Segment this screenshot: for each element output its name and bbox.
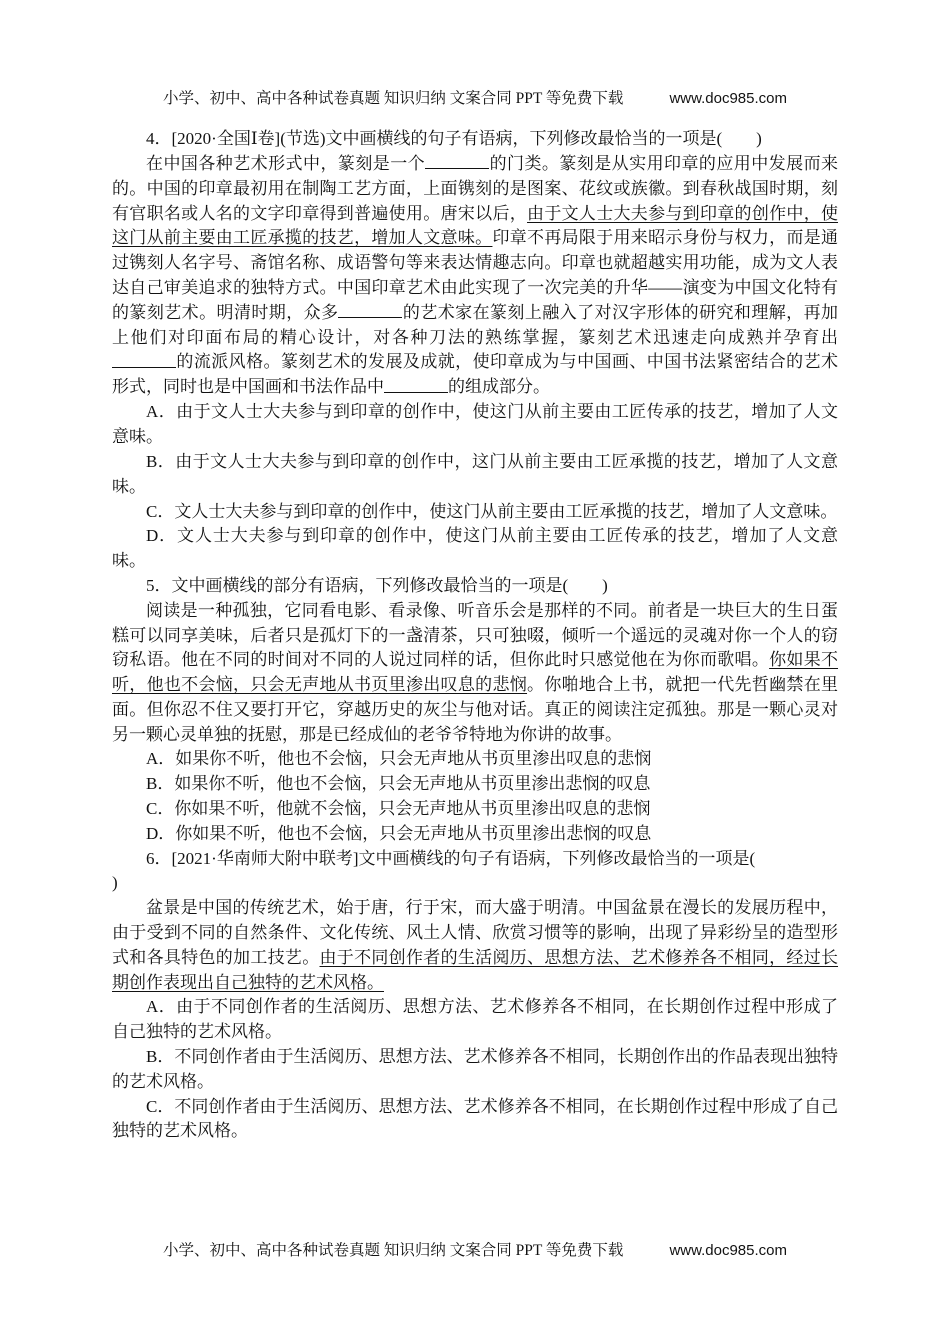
page-footer: 小学、初中、高中各种试卷真题 知识归纳 文案合同 PPT 等免费下载 www.d… (0, 1238, 950, 1260)
blank-line (112, 350, 176, 367)
question-block: 4．[2020·全国Ⅰ卷](节选)文中画横线的句子有语病，下列修改最恰当的一项是… (112, 127, 838, 574)
footer-promo-text: 小学、初中、高中各种试卷真题 知识归纳 文案合同 PPT 等免费下载 (163, 1238, 623, 1260)
question-stem: 6．[2021·华南师大附中联考]文中画横线的句子有语病，下列修改最恰当的一项是… (112, 847, 838, 872)
question-stem: 5．文中画横线的部分有语病，下列修改最恰当的一项是( ) (112, 574, 838, 599)
footer-url-link[interactable]: www.doc985.com (669, 1242, 787, 1259)
question-passage: 阅读是一种孤独，它同看电影、看录像、听音乐会是那样的不同。前者是一块巨大的生日蛋… (112, 599, 838, 748)
answer-option: C．你如果不听，他就不会恼，只会无声地从书页里渗出叹息的悲悯 (112, 797, 838, 822)
question-block: 5．文中画横线的部分有语病，下列修改最恰当的一项是( )阅读是一种孤独，它同看电… (112, 574, 838, 847)
header-url-link[interactable]: www.doc985.com (669, 90, 787, 107)
questions-area: 4．[2020·全国Ⅰ卷](节选)文中画横线的句子有语病，下列修改最恰当的一项是… (112, 127, 838, 1144)
answer-option: A．由于文人士大夫参与到印章的创作中，使这门从前主要由工匠传承的技艺，增加了人文… (112, 400, 838, 450)
passage-text: 在中国各种艺术形式中，篆刻是一个 (146, 154, 425, 173)
question-block: 6．[2021·华南师大附中联考]文中画横线的句子有语病，下列修改最恰当的一项是… (112, 847, 838, 1145)
blank-line (425, 152, 489, 169)
page-header: 小学、初中、高中各种试卷真题 知识归纳 文案合同 PPT 等免费下载 www.d… (0, 86, 950, 108)
question-stem: 4．[2020·全国Ⅰ卷](节选)文中画横线的句子有语病，下列修改最恰当的一项是… (112, 127, 838, 152)
answer-option: B．如果你不听，他也不会恼，只会无声地从书页里渗出悲悯的叹息 (112, 772, 838, 797)
answer-option: B．不同创作者由于生活阅历、思想方法、艺术修养各不相同，长期创作出的作品表现出独… (112, 1045, 838, 1095)
answer-option: B．由于文人士大夫参与到印章的创作中，这门从前主要由工匠承揽的技艺，增加了人文意… (112, 450, 838, 500)
passage-text: 阅读是一种孤独，它同看电影、看录像、听音乐会是那样的不同。前者是一块巨大的生日蛋… (112, 601, 838, 670)
answer-option: D．你如果不听，他也不会恼，只会无声地从书页里渗出悲悯的叹息 (112, 822, 838, 847)
question-passage: 在中国各种艺术形式中，篆刻是一个的门类。篆刻是从实用印章的应用中发展而来的。中国… (112, 152, 838, 401)
answer-option: C．文人士大夫参与到印章的创作中，使这门从前主要由工匠承揽的技艺，增加了人文意味… (112, 500, 838, 525)
answer-option: A．如果你不听，他也不会恼，只会无声地从书页里渗出叹息的悲悯 (112, 747, 838, 772)
answer-option: C．不同创作者由于生活阅历、思想方法、艺术修养各不相同，在长期创作过程中形成了自… (112, 1095, 838, 1145)
answer-option: D．文人士大夫参与到印章的创作中，使这门从前主要由工匠传承的技艺，增加了人文意味… (112, 524, 838, 574)
passage-text: 的组成部分。 (448, 378, 550, 397)
question-passage: 盆景是中国的传统艺术，始于唐，行于宋，而大盛于明清。中国盆景在漫长的发展历程中，… (112, 896, 838, 995)
answer-option: A．由于不同创作者的生活阅历、思想方法、艺术修养各不相同，在长期创作过程中形成了… (112, 995, 838, 1045)
document-page: 小学、初中、高中各种试卷真题 知识归纳 文案合同 PPT 等免费下载 www.d… (0, 0, 950, 1344)
blank-line (338, 301, 402, 318)
question-stem-continuation: ) (112, 871, 838, 896)
blank-line (384, 375, 448, 392)
header-promo-text: 小学、初中、高中各种试卷真题 知识归纳 文案合同 PPT 等免费下载 (163, 86, 623, 108)
